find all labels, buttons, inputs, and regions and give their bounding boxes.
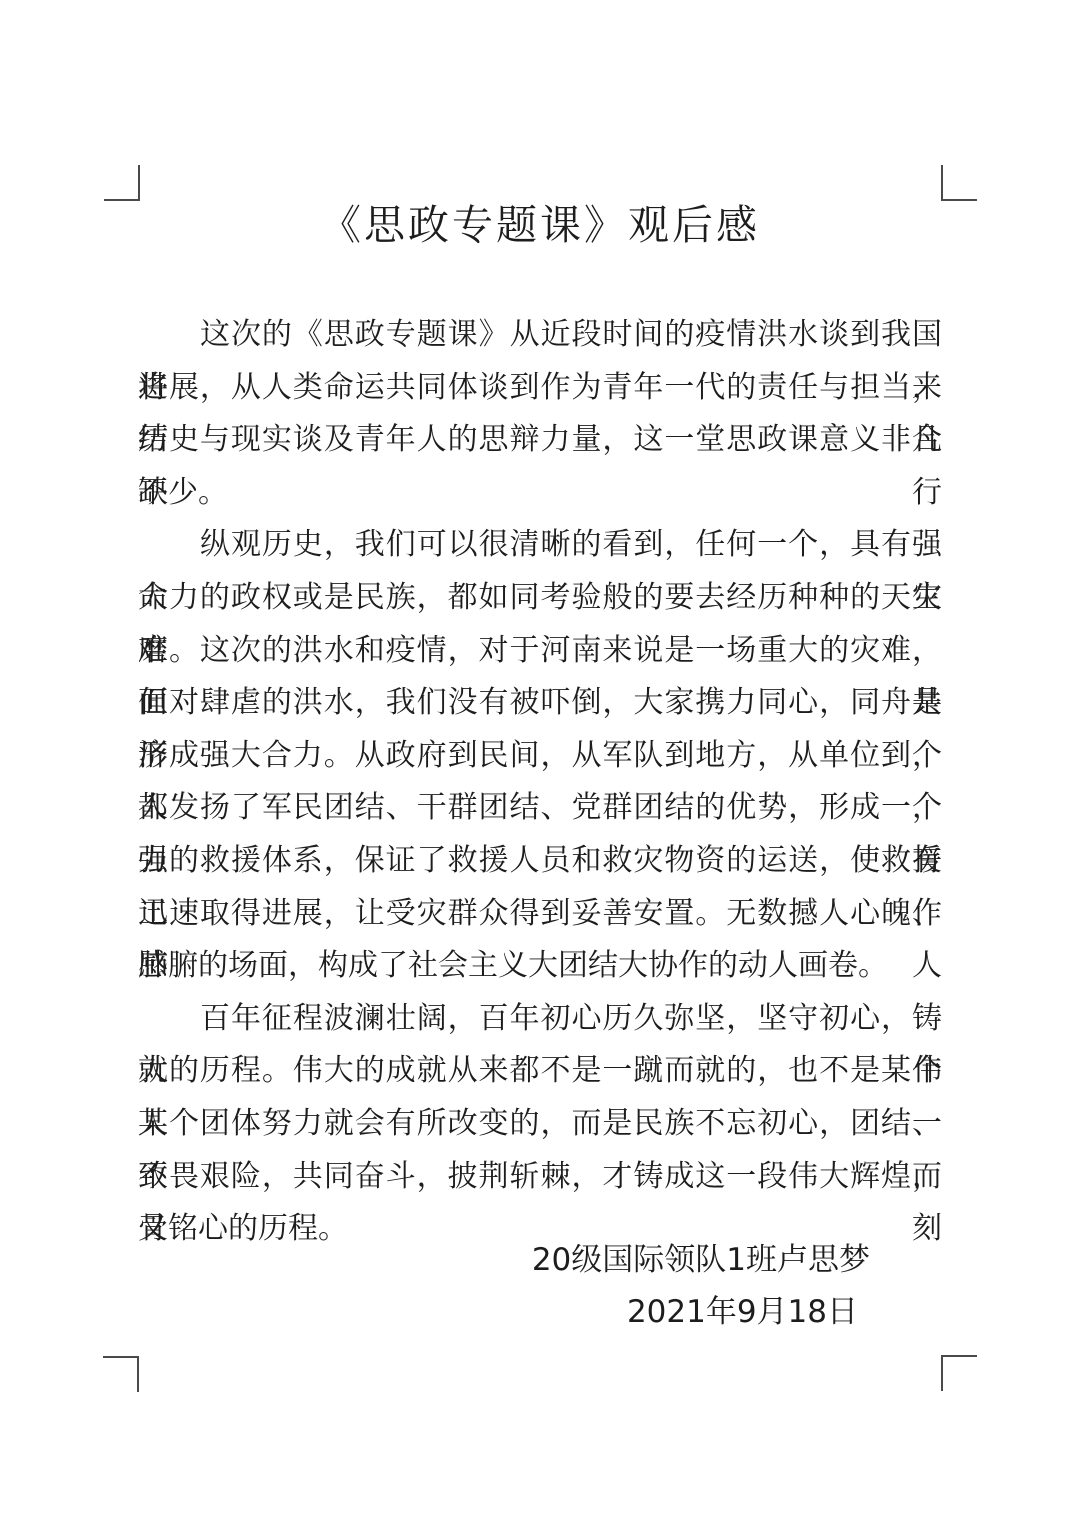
essay-line: 某个团体努力就会有所改变的，而是民族不忘初心，团结一致，: [138, 1098, 942, 1151]
essay-line: 肺腑的场面，构成了社会主义大团结大协作的动人画卷。: [138, 940, 942, 993]
essay-line: 力的救援体系，保证了救援人员和救灾物资的运送，使救援工作: [138, 835, 942, 888]
essay-line: 形成强大合力。从政府到民间，从军队到地方，从单位到个人，: [138, 730, 942, 783]
essay-line: 难。这次的洪水和疫情，对于河南来说是一场重大的灾难，但是: [138, 625, 942, 678]
essay-line: 面对肆虐的洪水，我们没有被吓倒，大家携力同心，同舟共济，: [138, 677, 942, 730]
essay-line: 大的历程。伟大的成就从来都不是一蹴而就的，也不是某个人、: [138, 1045, 942, 1098]
date-line: 2021年9月18日: [0, 1289, 1080, 1335]
essay-line: 不畏艰险，共同奋斗，披荆斩棘，才铸成这一段伟大辉煌而又刻: [138, 1151, 942, 1204]
essay-line: 命力的政权或是民族，都如同考验般的要去经历种种的天灾磨: [138, 572, 942, 625]
crop-mark-bottom-left: [103, 1356, 139, 1392]
essay-line: 这次的《思政专题课》从近段时间的疫情洪水谈到我国将来: [138, 309, 942, 362]
essay-line: 百年征程波澜壮阔，百年初心历久弥坚，坚守初心，铸就伟: [138, 993, 942, 1046]
document-page: 《思政专题课》观后感 这次的《思政专题课》从近段时间的疫情洪水谈到我国将来进展，…: [0, 0, 1080, 1527]
signature-line: 20级国际领队1班卢思梦: [0, 1237, 1080, 1283]
crop-mark-bottom-right: [941, 1355, 977, 1391]
essay-line: 历史与现实谈及青年人的思辩力量，这一堂思政课意义非凡不行: [138, 414, 942, 467]
essay-title: 《思政专题课》观后感: [0, 192, 1080, 251]
essay-body: 这次的《思政专题课》从近段时间的疫情洪水谈到我国将来进展，从人类命运共同体谈到作…: [138, 309, 942, 1256]
essay-line: 迅速取得进展，让受灾群众得到妥善安置。无数撼人心魄、感人: [138, 888, 942, 941]
essay-line: 都发扬了军民团结、干群团结、党群团结的优势，形成一个强有: [138, 782, 942, 835]
essay-line: 纵观历史，我们可以很清晰的看到，任何一个，具有强大生: [138, 519, 942, 572]
essay-line: 进展，从人类命运共同体谈到作为青年一代的责任与担当，结合: [138, 362, 942, 415]
